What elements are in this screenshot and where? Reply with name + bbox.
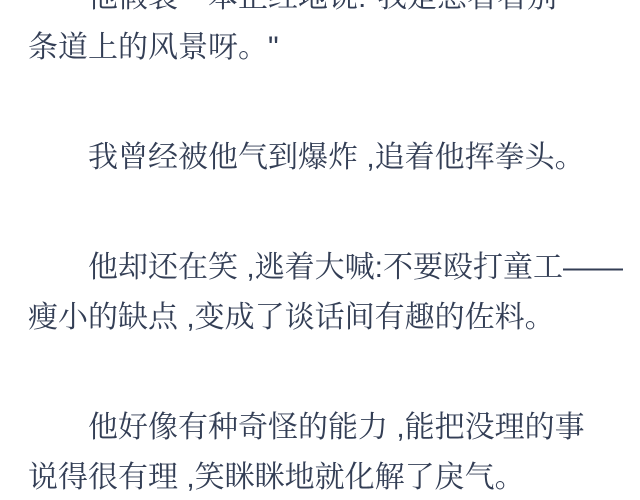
paragraph: 我曾经被他气到爆炸 ,追着他挥拳头。 (28, 133, 634, 183)
novel-text-body: 他假装一本正经地说:"我是想看看别 条道上的风景呀。"我曾经被他气到爆炸 ,追着… (28, 0, 634, 500)
reading-page: 他假装一本正经地说:"我是想看看别 条道上的风景呀。"我曾经被他气到爆炸 ,追着… (0, 0, 640, 500)
paragraph: 他好像有种奇怪的能力 ,能把没理的事 说得很有理 ,笑眯眯地就化解了戾气。 (28, 403, 634, 500)
paragraph: 他假装一本正经地说:"我是想看看别 条道上的风景呀。" (28, 0, 634, 73)
paragraph: 他却还在笑 ,逃着大喊:不要殴打童工—— 瘦小的缺点 ,变成了谈话间有趣的佐料。 (28, 243, 634, 343)
